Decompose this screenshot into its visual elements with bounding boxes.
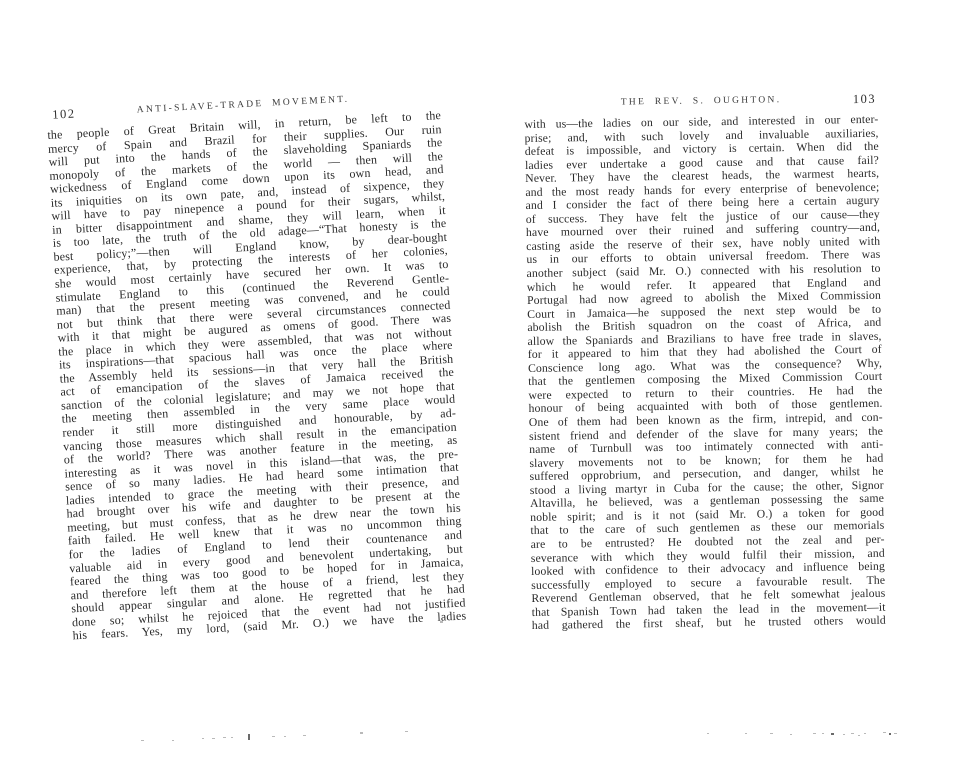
page-number-right: 103 <box>853 92 876 106</box>
scan-speck <box>272 736 275 737</box>
scan-speck <box>360 732 363 734</box>
scan-speck <box>770 733 773 734</box>
scan-speck <box>440 621 443 623</box>
page-right-header: THE REV. S. OUGHTON. 103 <box>524 92 878 113</box>
scan-speck <box>822 733 824 734</box>
scan-speck <box>883 732 886 733</box>
scan-speck <box>864 733 866 734</box>
scan-speck <box>212 738 215 739</box>
scan-speck <box>303 735 306 736</box>
scan-speck <box>843 734 845 735</box>
scan-speck <box>405 731 408 732</box>
scan-speck <box>231 737 233 738</box>
scan-speck <box>248 734 250 740</box>
page-left-text: the people of Great Britain will, in ret… <box>47 109 467 643</box>
scan-speck <box>172 740 174 741</box>
scan-speck <box>141 740 144 741</box>
book-scan-spread: 102 ANTI-SLAVE-TRADE MOVEMENT. the peopl… <box>0 0 980 764</box>
page-right: THE REV. S. OUGHTON. 103 with us—the lad… <box>524 92 886 633</box>
scan-speck <box>745 733 747 734</box>
running-head-right: THE REV. S. OUGHTON. <box>524 92 878 111</box>
scan-speck <box>202 738 204 739</box>
page-left: 102 ANTI-SLAVE-TRADE MOVEMENT. the peopl… <box>46 88 467 643</box>
scan-speck <box>894 733 897 734</box>
scan-speck <box>707 733 709 734</box>
scan-speck <box>858 735 860 736</box>
scan-speck <box>813 733 816 734</box>
scan-speck <box>790 734 792 735</box>
page-right-text: with us—the ladies on our side, and inte… <box>524 113 886 633</box>
scan-speck <box>223 737 226 738</box>
scan-speck <box>889 733 891 735</box>
scan-speck <box>831 733 834 735</box>
scan-speck <box>851 733 854 734</box>
scan-speck <box>284 736 286 737</box>
